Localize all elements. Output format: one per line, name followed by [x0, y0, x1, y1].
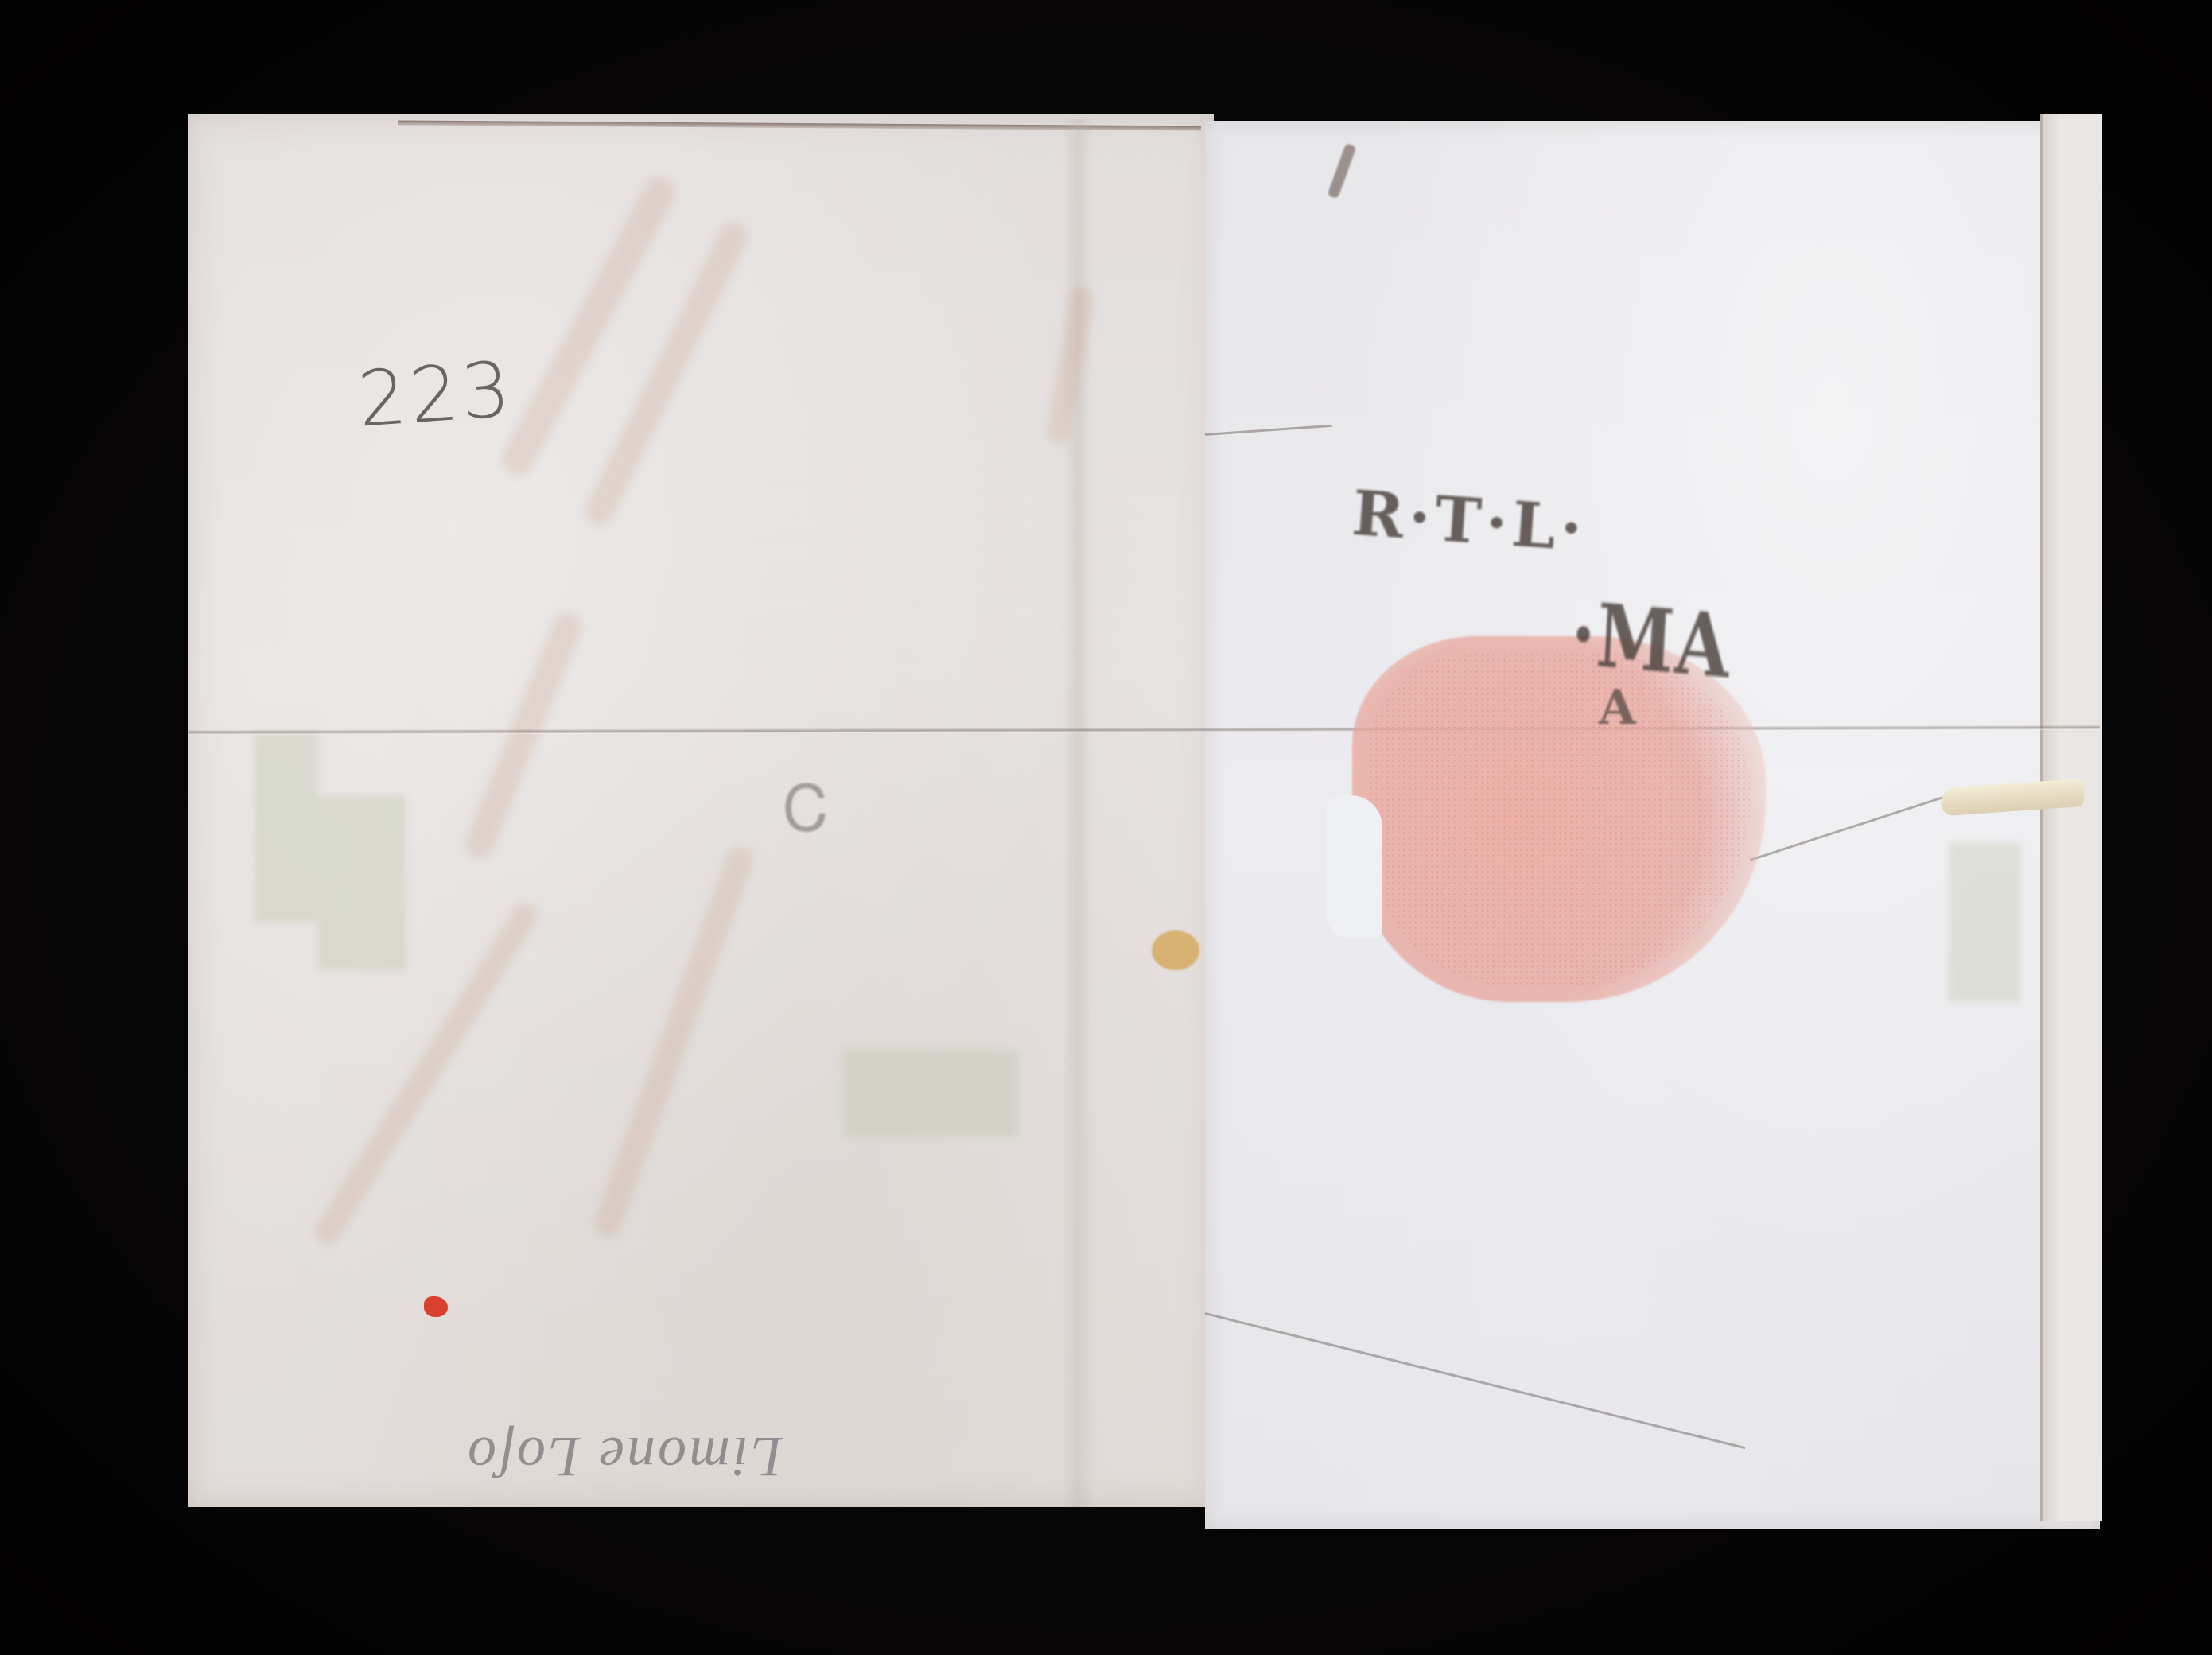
letter-cover: R·T·L· ·MA A 223 Limone Loſo Ꮯ [0, 0, 2212, 1655]
postmark: R·T·L· ·MA A [1352, 469, 1869, 724]
yellow-stain [1152, 930, 1199, 970]
seal-tear [1327, 795, 1382, 938]
postmark-line-2: ·MA [1569, 581, 1734, 697]
stain [255, 732, 318, 923]
stain [1949, 843, 2020, 1002]
postmark-line-1: R·T·L· [1350, 477, 1589, 565]
grey-mark: Ꮯ [783, 771, 829, 846]
pencil-number: 223 [355, 344, 516, 444]
side-fold-strip [2040, 114, 2102, 1521]
postmark-line-3: A [1599, 680, 1636, 736]
stain [318, 795, 406, 970]
stain [843, 1050, 1018, 1137]
pencil-inscription-inverted: Limone Loſo [465, 1424, 783, 1490]
red-wax-fleck [424, 1296, 448, 1317]
